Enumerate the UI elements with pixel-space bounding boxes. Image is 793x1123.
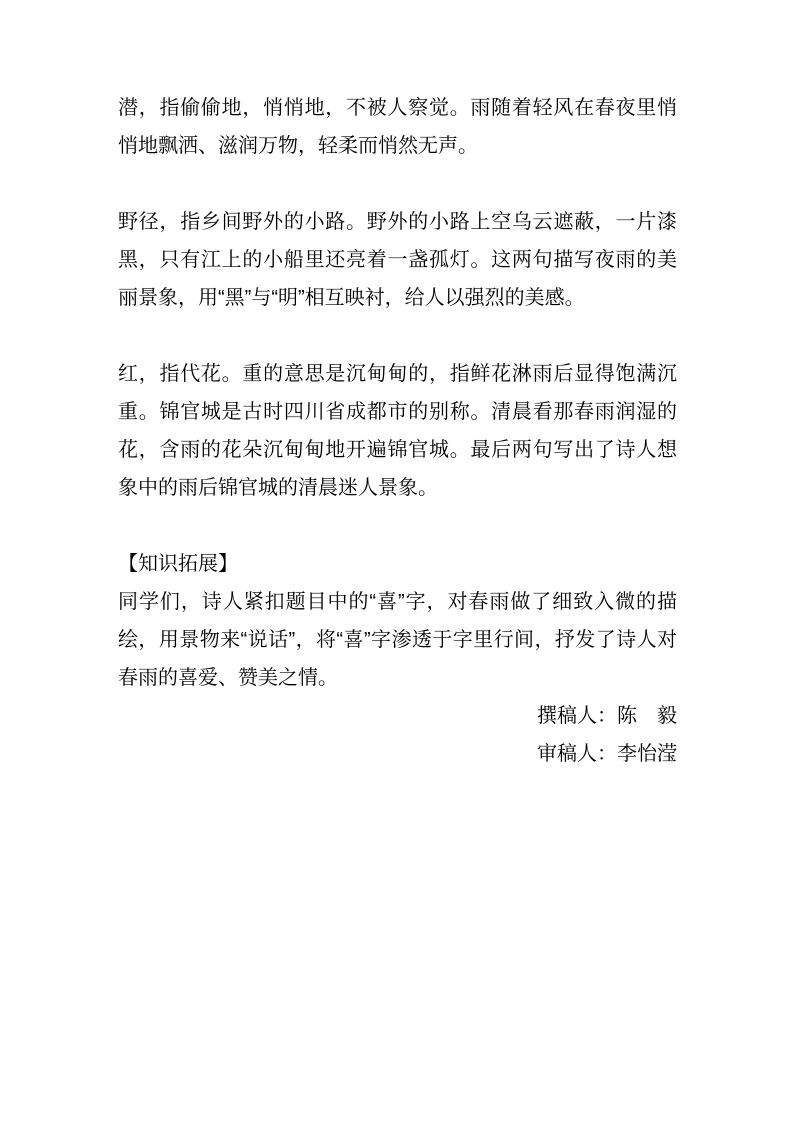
knowledge-expansion-heading: 【知识拓展】 xyxy=(118,545,677,583)
paragraph-qian-explanation: 潜，指偷偷地，悄悄地，不被人察觉。雨随着轻风在春夜里悄悄地飘洒、滋润万物，轻柔而… xyxy=(118,89,677,165)
paragraph-hong-explanation: 红，指代花。重的意思是沉甸甸的，指鲜花淋雨后显得饱满沉重。锦官城是古时四川省成都… xyxy=(118,355,677,507)
knowledge-expansion-body: 同学们，诗人紧扣题目中的“喜”字，对春雨做了细致入微的描绘，用景物来“说话”，将… xyxy=(118,583,677,697)
signature-reviewer: 审稿人：李怡滢 xyxy=(118,735,677,773)
paragraph-yejing-explanation: 野径，指乡间野外的小路。野外的小路上空乌云遮蔽，一片漆黑，只有江上的小船里还亮着… xyxy=(118,203,677,317)
document-page: 潜，指偷偷地，悄悄地，不被人察觉。雨随着轻风在春夜里悄悄地飘洒、滋润万物，轻柔而… xyxy=(0,0,793,1123)
signature-author: 撰稿人：陈 毅 xyxy=(118,697,677,735)
